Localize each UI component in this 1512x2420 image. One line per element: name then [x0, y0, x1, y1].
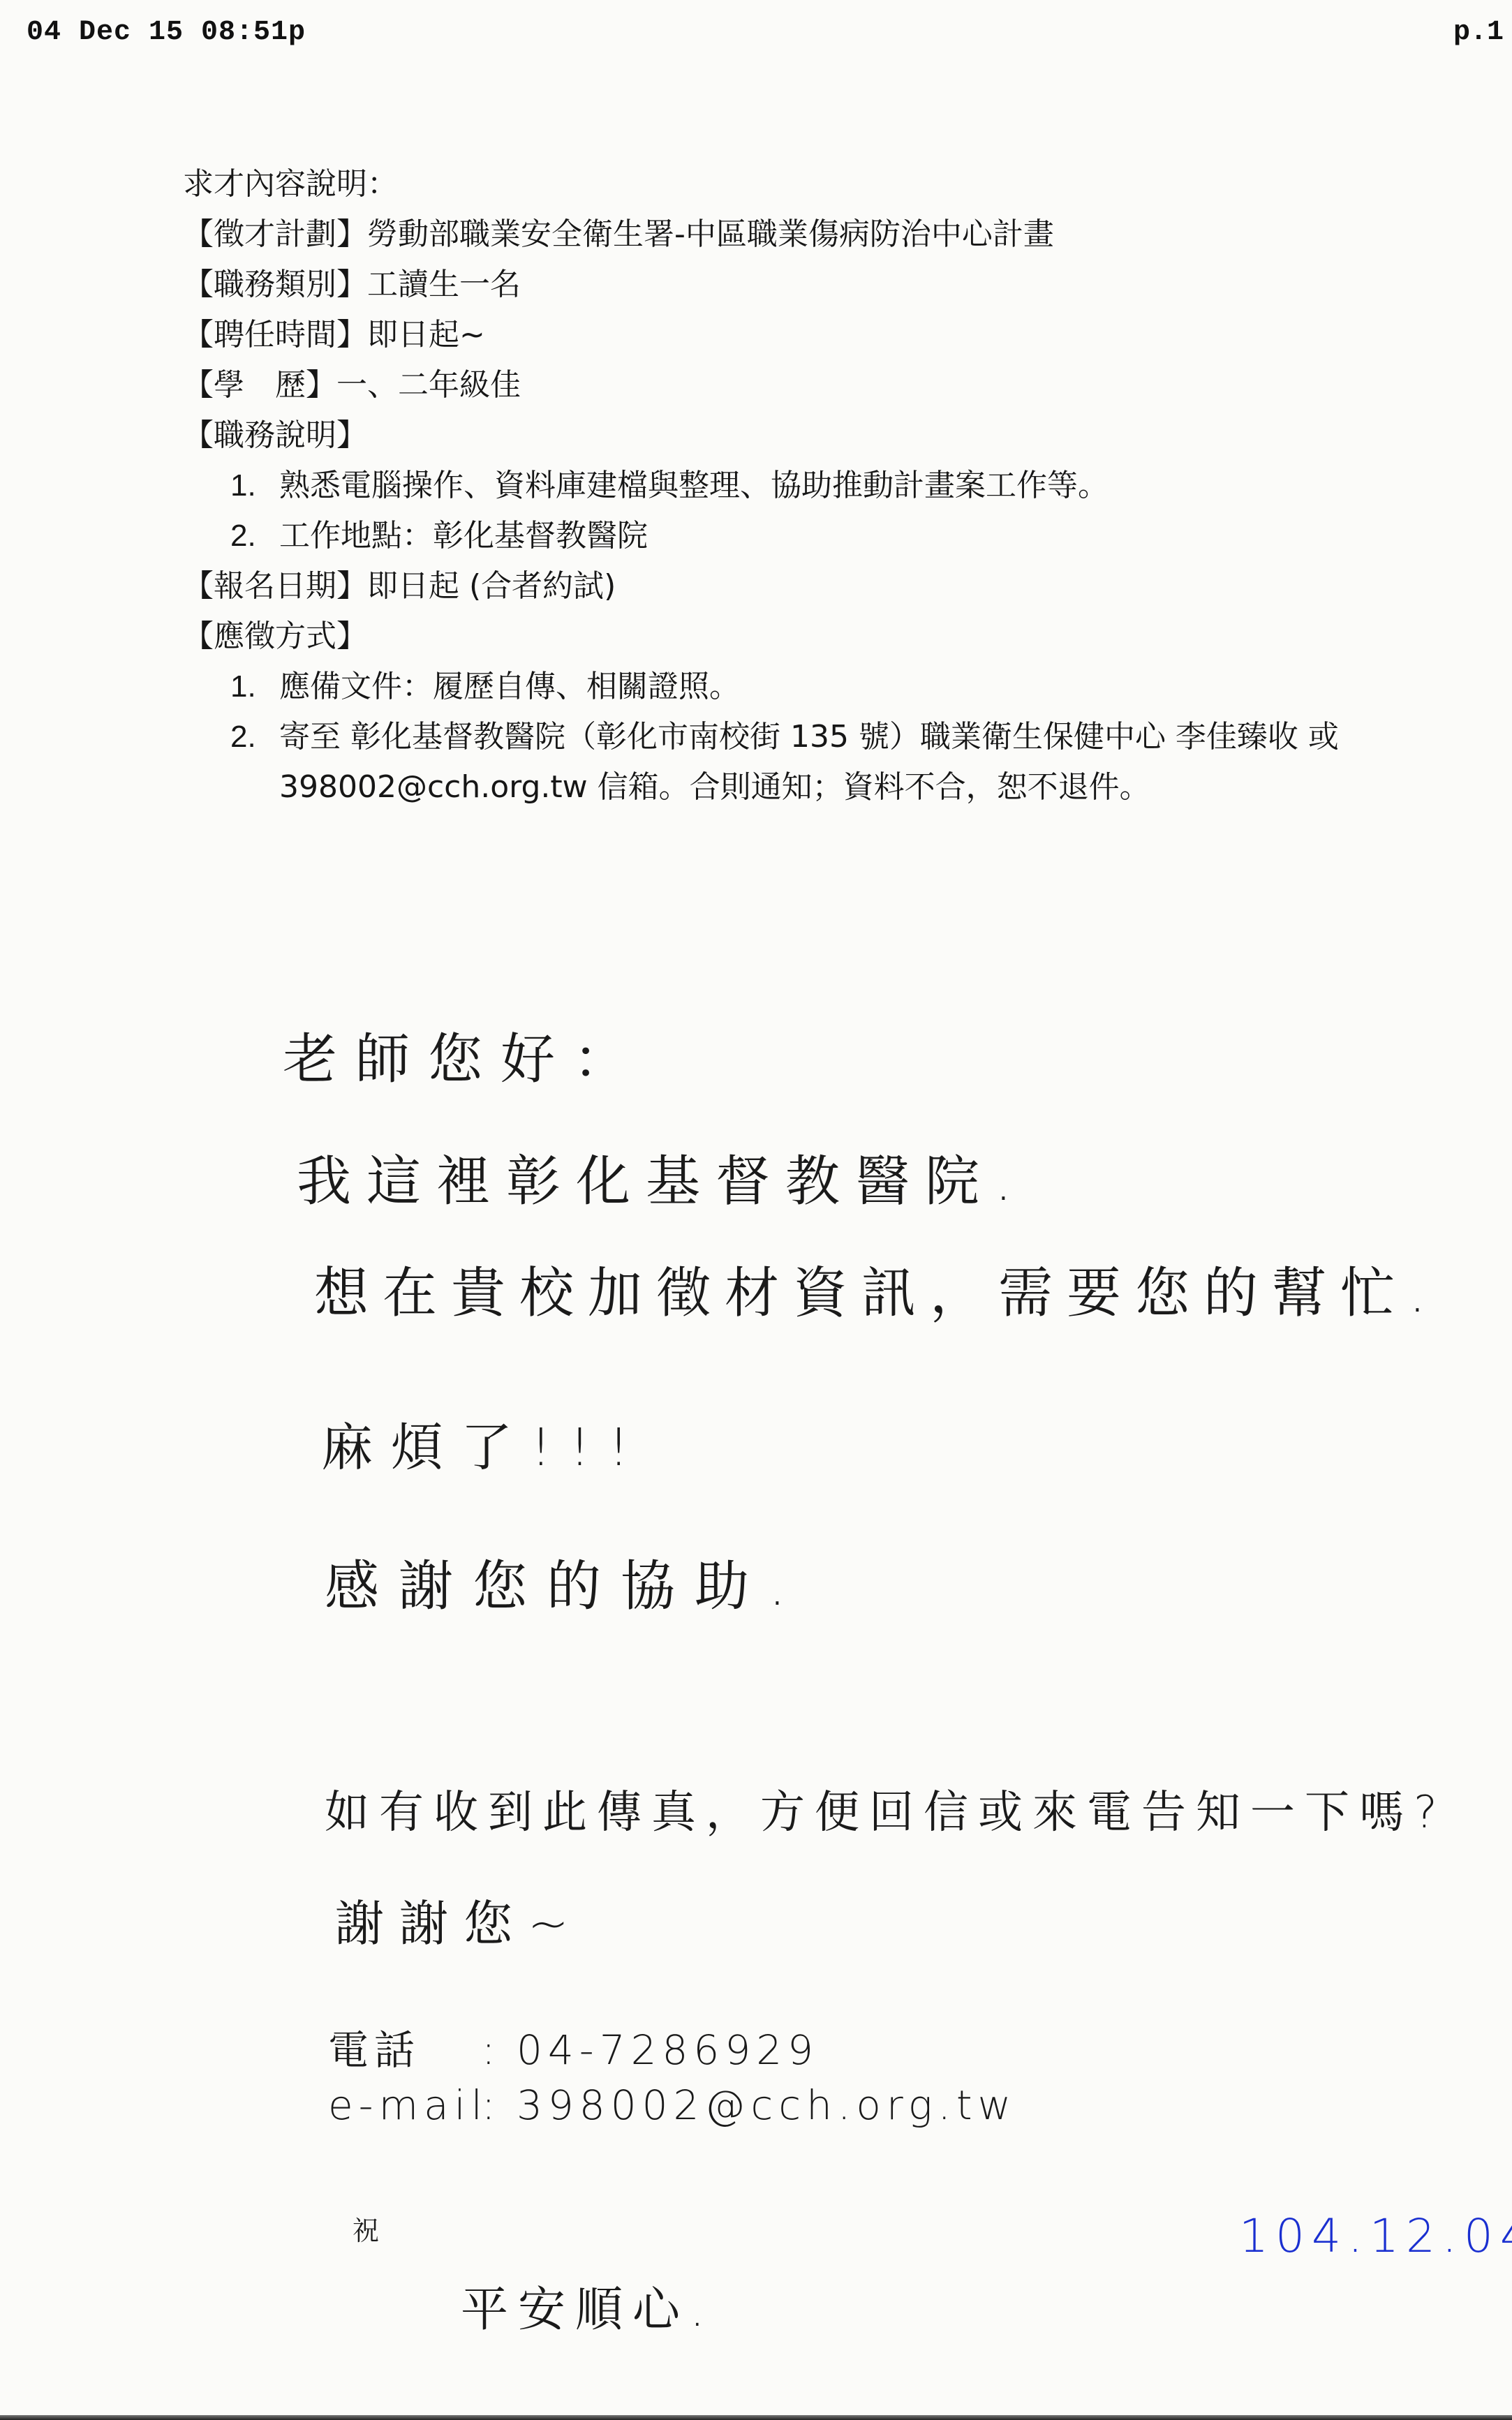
duty-item: 1.熟悉電腦操作、資料庫建檔與整理、協助推動計畫案工作等。 — [183, 461, 1481, 511]
field-label: 【職務類別】 — [183, 260, 367, 310]
email-label: e-mail — [328, 2081, 482, 2129]
phone-number: 04-7286929 — [517, 2026, 819, 2074]
note-closing-wish: 祝 — [353, 2209, 382, 2248]
field-label: 【徵才計劃】 — [183, 209, 367, 260]
contact-phone-row: 電話:04-7286929 — [328, 2017, 1016, 2081]
phone-label: 電話 — [328, 2017, 482, 2076]
field-value: 即日起~ — [367, 317, 485, 352]
fax-header: 04 Dec 15 08:51p p.1 — [0, 17, 1512, 59]
duty-text: 熟悉電腦操作、資料庫建檔與整理、協助推動計畫案工作等。 — [279, 468, 1109, 503]
fax-page-number: p.1 — [1453, 17, 1504, 48]
duty-item: 2.工作地點：彰化基督教醫院 — [183, 511, 1481, 561]
field-label: 【職務說明】 — [183, 410, 367, 461]
apply-step-text: 寄至 彰化基督教醫院（彰化市南校街 135 號）職業衛生保健中心 李佳臻收 或 — [279, 719, 1339, 755]
field-value: 工讀生一名 — [367, 267, 521, 302]
duty-number: 2. — [230, 511, 279, 561]
note-request: 想在貴校加徵材資訊，需要您的幫忙. — [314, 1249, 1440, 1328]
apply-step-number: 2. — [230, 712, 279, 762]
email-address: 398002@cch.org.tw — [517, 2081, 1016, 2129]
field-job-description: 【職務說明】 — [183, 410, 1481, 461]
note-thanks: 感謝您的協助. — [325, 1543, 806, 1621]
note-thanks-again: 謝謝您~ — [335, 1885, 584, 1955]
field-recruitment-plan: 【徵才計劃】勞動部職業安全衛生署-中區職業傷病防治中心計畫 — [183, 209, 1481, 260]
apply-step-continuation: 398002@cch.org.tw 信箱。合則通知；資料不合，恕不退件。 — [183, 762, 1481, 812]
field-hire-period: 【聘任時間】即日起~ — [183, 310, 1481, 360]
field-label: 【應徵方式】 — [183, 611, 367, 662]
note-greeting: 老師您好： — [283, 1016, 646, 1094]
fax-timestamp: 04 Dec 15 08:51p — [27, 17, 306, 48]
field-label: 【報名日期】 — [183, 561, 367, 611]
field-label: 【聘任時間】 — [183, 310, 367, 360]
job-posting: 求才內容說明： 【徵才計劃】勞動部職業安全衛生署-中區職業傷病防治中心計畫 【職… — [183, 159, 1481, 812]
email-separator: : — [482, 2081, 517, 2129]
note-date: 104.12.04 — [1239, 2209, 1512, 2263]
posting-heading: 求才內容說明： — [183, 159, 1481, 209]
field-value: 一、二年級佳 — [336, 367, 521, 403]
field-apply-method: 【應徵方式】 — [183, 611, 1481, 662]
field-value: 勞動部職業安全衛生署-中區職業傷病防治中心計畫 — [367, 216, 1054, 252]
note-closing-blessing: 平安順心. — [461, 2272, 715, 2340]
field-education: 【學 歷】一、二年級佳 — [183, 360, 1481, 410]
apply-step: 1.應備文件：履歷自傳、相關證照。 — [183, 662, 1481, 712]
field-registration-date: 【報名日期】即日起 (合者約試) — [183, 561, 1481, 611]
field-value: 即日起 (合者約試) — [367, 568, 616, 604]
apply-step-text: 應備文件：履歷自傳、相關證照。 — [279, 669, 740, 704]
apply-step-number: 1. — [230, 662, 279, 712]
note-ask-reply: 如有收到此傳真，方便回信或來電告知一下嗎? — [325, 1776, 1447, 1841]
page-bottom-edge — [0, 2415, 1512, 2420]
contact-email-row: e-mail:398002@cch.org.tw — [328, 2081, 1016, 2146]
note-trouble: 麻煩了!!! — [321, 1406, 647, 1480]
field-job-category: 【職務類別】工讀生一名 — [183, 260, 1481, 310]
duty-text: 工作地點：彰化基督教醫院 — [279, 518, 648, 554]
note-intro: 我這裡彰化基督教醫院. — [297, 1138, 1028, 1216]
duty-number: 1. — [230, 461, 279, 511]
note-contact: 電話:04-7286929 e-mail:398002@cch.org.tw — [328, 2017, 1016, 2146]
field-label: 【學 歷】 — [183, 360, 336, 410]
phone-separator: : — [482, 2026, 517, 2074]
apply-step: 2.寄至 彰化基督教醫院（彰化市南校街 135 號）職業衛生保健中心 李佳臻收 … — [183, 712, 1481, 762]
